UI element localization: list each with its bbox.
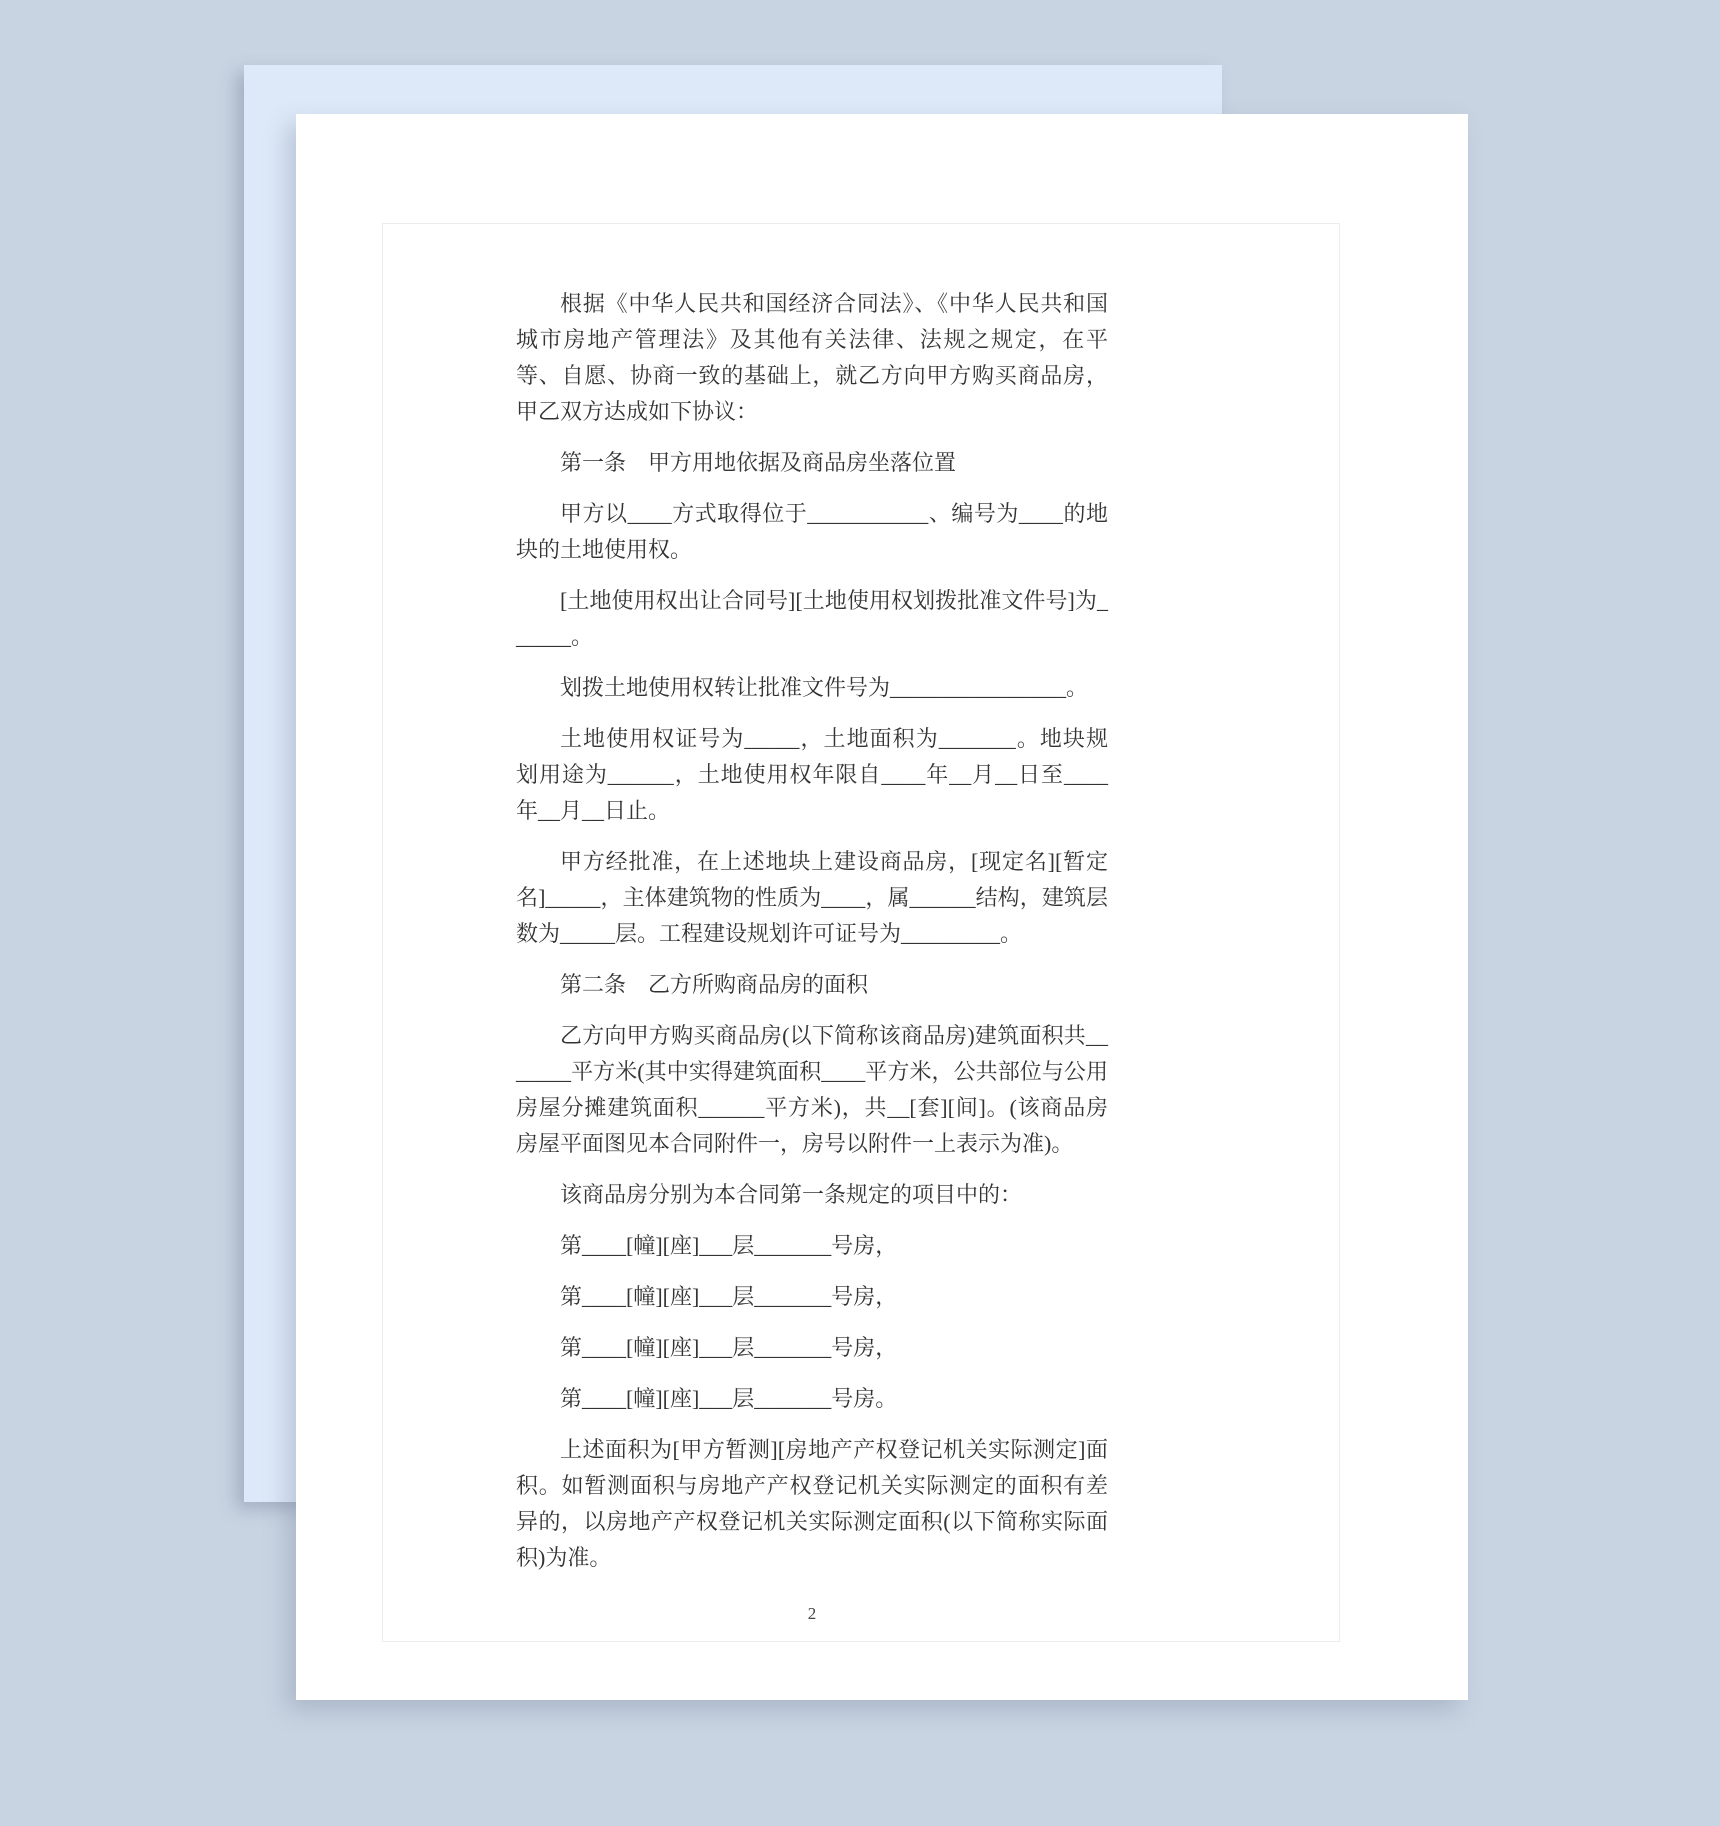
page-number: 2: [516, 1596, 1108, 1632]
room-line-3: 第____[幢][座]___层_______号房，: [516, 1330, 1108, 1366]
contract-document-page: 根据《中华人民共和国经济合同法》、《中华人民共和国城市房地产管理法》及其他有关法…: [296, 114, 1468, 1700]
article-1-heading: 第一条 甲方用地依据及商品房坐落位置: [516, 445, 1108, 481]
land-use-contract-no-paragraph: [土地使用权出让合同号][土地使用权划拨批准文件号]为______。: [516, 583, 1108, 655]
room-line-2: 第____[幢][座]___层_______号房，: [516, 1279, 1108, 1315]
floor-area-paragraph: 乙方向甲方购买商品房(以下简称该商品房)建筑面积共_______平方米(其中实得…: [516, 1018, 1108, 1162]
room-line-1: 第____[幢][座]___层_______号房，: [516, 1228, 1108, 1264]
article-2-heading: 第二条 乙方所购商品房的面积: [516, 967, 1108, 1003]
land-certificate-paragraph: 土地使用权证号为_____，土地面积为_______。地块规划用途为______…: [516, 721, 1108, 829]
area-measurement-paragraph: 上述面积为[甲方暂测][房地产产权登记机关实际测定]面积。如暂测面积与房地产产权…: [516, 1432, 1108, 1576]
contract-text-body: 根据《中华人民共和国经济合同法》、《中华人民共和国城市房地产管理法》及其他有关法…: [516, 286, 1108, 1632]
room-line-4: 第____[幢][座]___层_______号房。: [516, 1381, 1108, 1417]
intro-paragraph: 根据《中华人民共和国经济合同法》、《中华人民共和国城市房地产管理法》及其他有关法…: [516, 286, 1108, 430]
land-acquisition-paragraph: 甲方以____方式取得位于___________、编号为____的地块的土地使用…: [516, 496, 1108, 568]
construction-approval-paragraph: 甲方经批准，在上述地块上建设商品房，[现定名][暂定名]_____，主体建筑物的…: [516, 844, 1108, 952]
project-reference-paragraph: 该商品房分别为本合同第一条规定的项目中的：: [516, 1177, 1108, 1213]
transfer-approval-no-paragraph: 划拨土地使用权转让批准文件号为________________。: [516, 670, 1108, 706]
